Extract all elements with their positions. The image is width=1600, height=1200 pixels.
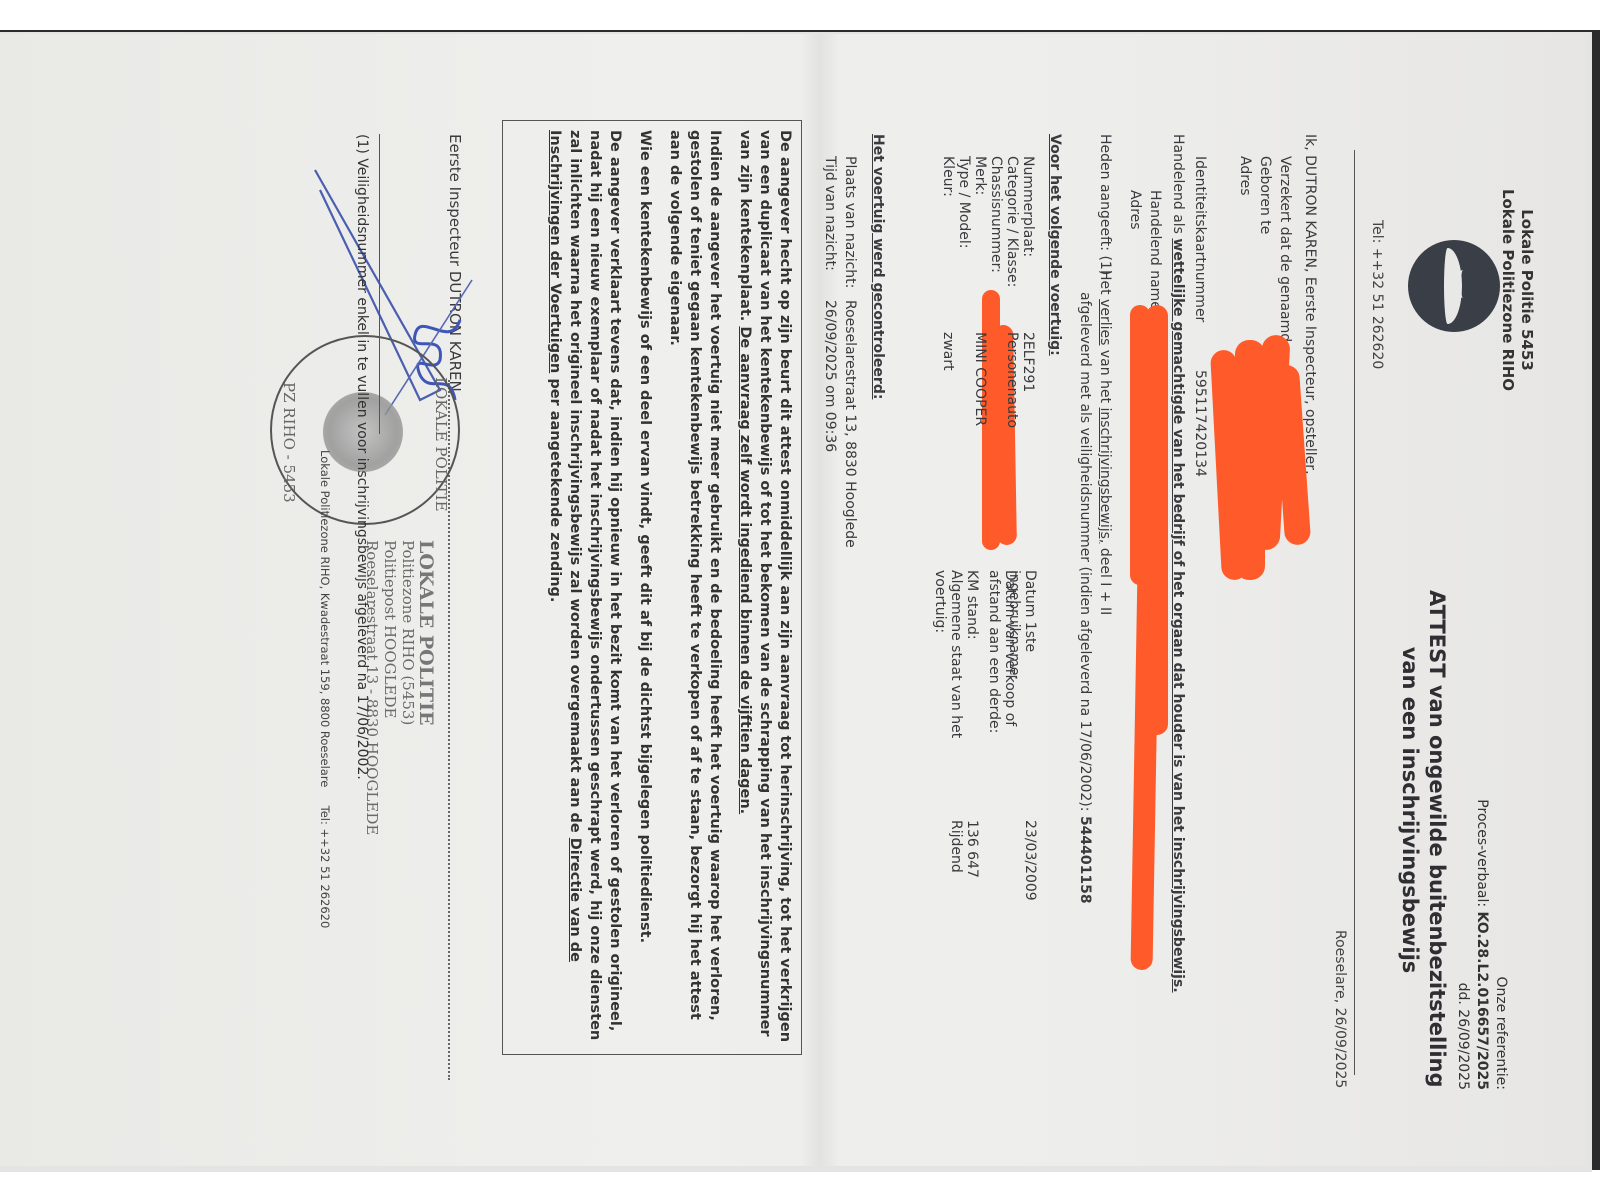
assures-label: Verzekert dat de genaamde (1275, 156, 1295, 351)
title-line-1: ATTEST van ongewilde buitenbezitstelling (1423, 590, 1450, 1030)
declared-text: Het verlies van het inschrijvingsbewijs,… (1095, 270, 1115, 615)
stamp-block: LOKALE POLITIE Politiezone RIHO (5453) P… (363, 540, 435, 835)
security-number: 544401158 (1077, 816, 1093, 904)
acting-for-address-label: Adres (1125, 190, 1145, 230)
inspection-heading: Het voertuig werd gecontroleerd: (868, 134, 888, 399)
document-title: ATTEST van ongewilde buitenbezitstelling… (1396, 590, 1450, 1030)
vehicle-field-label: Algemene staat van het voertuig: (932, 570, 964, 755)
notice-paragraph-2: Indien de aangever het voertuig niet mee… (665, 130, 725, 1045)
header-tel: Tel: ++32 51 262620 (1369, 220, 1385, 369)
vehicle-field-value: MINI COOPER (970, 332, 990, 426)
header-rule (1354, 150, 1355, 1075)
inspection-time-value: 26/09/2025 om 09:36 (820, 300, 840, 452)
acting-as-prefix: Handelend als (1170, 134, 1186, 234)
pv-date: dd. 26/09/2025 (1453, 680, 1472, 1090)
inspection-time-label: Tijd van nazicht: (820, 156, 840, 271)
vehicle-heading: Voor het volgende voertuig: (1045, 134, 1065, 356)
declared-loss: verlies (1097, 299, 1113, 345)
vehicle-heading-text: Voor het volgende voertuig: (1047, 134, 1063, 356)
inspection-place-value: Roeselarestraat 13, 8830 Hooglede (840, 300, 860, 548)
footnote-rule (379, 134, 380, 434)
address-label: Adres (1235, 156, 1255, 196)
declared-line-2: afgeleverd met als veiligheidsnummer (in… (1075, 292, 1095, 904)
acting-as-role: wettelijke gemachtigde van het bedrijf o… (1170, 238, 1186, 992)
redaction-mark (1130, 305, 1150, 585)
declared-label: Heden aangeeft: (1) (1095, 134, 1115, 275)
notice-paragraph-1: De aangever hecht op zijn beurt dit atte… (735, 130, 795, 1045)
acting-as: Handelend als wettelijke gemachtigde van… (1168, 134, 1188, 993)
security-number-label: afgeleverd met als veiligheidsnummer (in… (1077, 292, 1093, 811)
notice-p4-end: per aangetekende zending. (547, 378, 563, 602)
vehicle-field-value: Personenauto (1002, 332, 1022, 428)
police-hands-logo-icon (1408, 240, 1500, 332)
place-date: Roeselare, 26/09/2025 (1332, 930, 1348, 1088)
vehicle-field-label: Datum van verkoop of afstand aan een der… (986, 570, 1018, 755)
id-card-label: Identiteitskaartnummer (1190, 156, 1210, 322)
pv-label: Proces-verbaal: (1474, 799, 1490, 907)
declared-prefix: Het (1097, 270, 1113, 295)
footer-address-text: Lokale Politiezone RIHO, Kwadestraat 159… (318, 450, 332, 787)
declared-parts: deel I + II (1097, 548, 1113, 615)
footnote: (1) Veiligheidsnummer enkel in te vullen… (354, 134, 370, 780)
document-page: Lokale Politie 5453 Lokale Politiezone R… (30, 120, 1560, 1120)
stamp-ring-bottom: PZ RIHO - 5453 (280, 382, 298, 503)
stamp-block-line-3: Politiepost HOOGLEDE (381, 540, 399, 835)
org-header: Lokale Politie 5453 Lokale Politiezone R… (1498, 180, 1536, 400)
notice-paragraph-3: Wie een kentekenbewijs of een deel ervan… (635, 130, 655, 1045)
reference-label: Onze referentie: (1491, 680, 1510, 1090)
declaration-intro: Ik, DUTRON KAREN, Eerste Inspecteur, ops… (1300, 134, 1320, 474)
notice-paragraph-4: De aangever verklaart tevens dat, indien… (545, 130, 625, 1045)
vehicle-field-value: Rijdend (948, 820, 964, 873)
vehicle-field-value: 136 647 (964, 820, 980, 878)
stamp-block-line-2: Politiezone RIHO (5453) (399, 540, 417, 835)
org-line-2: Lokale Politiezone RIHO (1498, 180, 1517, 400)
reference-block: Onze referentie: Proces-verbaal: KO.28.L… (1453, 680, 1510, 1090)
stamp-ring-top: LOKALE POLITIE (432, 377, 450, 512)
declared-document: inschrijvingsbewijs, (1097, 408, 1113, 544)
pv-number: KO.28.L2.016657/2025 (1474, 912, 1490, 1090)
declared-mid: van het (1097, 350, 1113, 403)
born-label: Geboren te (1255, 156, 1275, 234)
redaction-mark (1131, 570, 1160, 970)
org-line-1: Lokale Politie 5453 (1517, 180, 1536, 400)
footer-tel: Tel: ++32 51 262620 (318, 806, 332, 929)
footer-address: Lokale Politiezone RIHO, Kwadestraat 159… (318, 450, 332, 928)
vehicle-field-value: zwart (938, 332, 958, 371)
vehicle-field-label: KM stand: (964, 570, 980, 755)
inspection-place-label: Plaats van nazicht: (840, 156, 860, 288)
title-line-2: van een inschrijvingsbewijs (1396, 590, 1423, 1030)
vehicle-field-label: Kleur: (938, 156, 958, 197)
vehicle-field-value: 23/03/2009 (1022, 820, 1038, 901)
id-card-value: 595117420134 (1190, 370, 1210, 477)
inspection-heading-text: Het voertuig werd gecontroleerd: (870, 134, 886, 399)
notice-p1-deadline: De aanvraag zelf wordt ingediend binnen … (737, 326, 753, 814)
stamp-block-line-1: LOKALE POLITIE (417, 540, 435, 835)
